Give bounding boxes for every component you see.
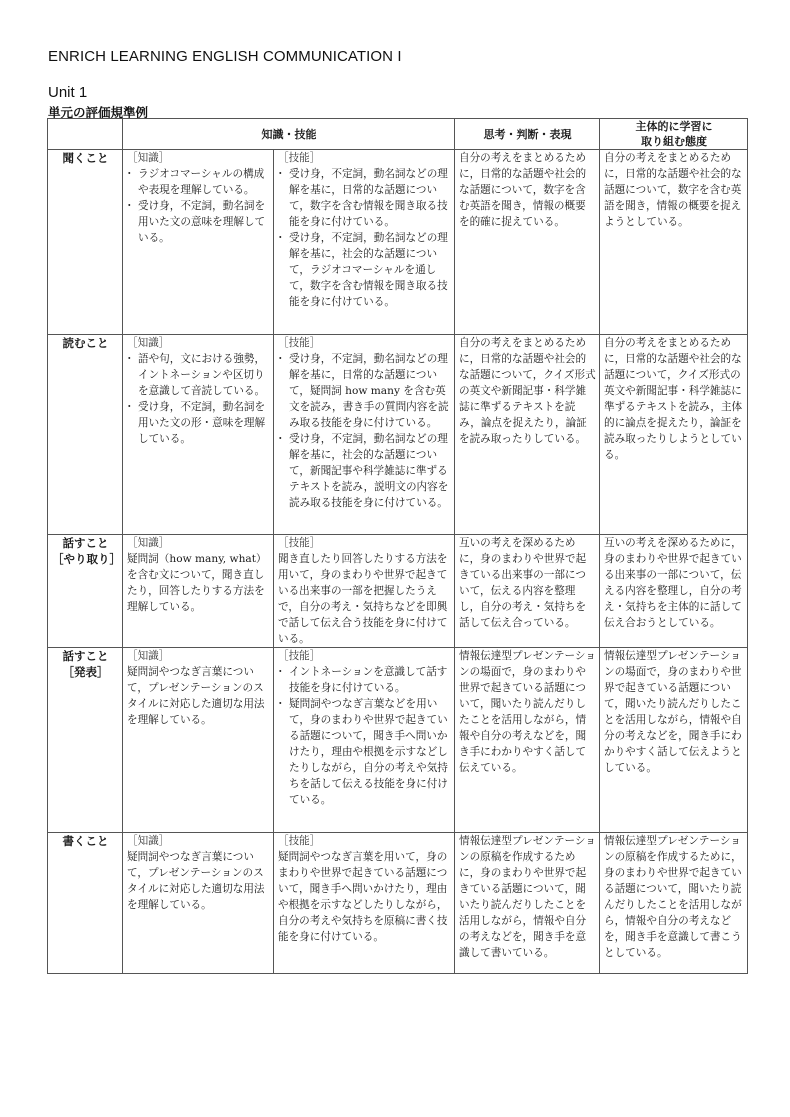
bullet-item: 受け身，不定詞，動名詞などの理解を基に，日常的な話題について，疑問詞 how m… (278, 351, 451, 431)
knowledge-category-label: ［知識］ (127, 648, 270, 664)
skills-bullet-list: 受け身，不定詞，動名詞などの理解を基に，日常的な話題について，疑問詞 how m… (278, 351, 451, 511)
thinking-cell: 自分の考えをまとめるために，日常的な話題や社会的な話題について，数字を含む英語を… (455, 150, 600, 335)
attitude-cell: 自分の考えをまとめるために，日常的な話題や社会的な話題について，数字を含む英語を… (600, 150, 748, 335)
row-label-line2: ［やり取り］ (52, 551, 119, 567)
table-header-row: 知識・技能 思考・判断・表現 主体的に学習に 取り組む態度 (48, 119, 748, 150)
knowledge-text: 疑問詞やつなぎ言葉について，プレゼンテーションのスタイルに対応した適切な用法を理… (127, 664, 270, 728)
knowledge-cell: ［知識］ 疑問詞やつなぎ言葉について，プレゼンテーションのスタイルに対応した適切… (123, 833, 274, 974)
row-label-line1: 話すこと (52, 535, 119, 551)
row-label-line2: ［発表］ (52, 664, 119, 680)
thinking-cell: 自分の考えをまとめるために，日常的な話題や社会的な話題について，クイズ形式の英文… (455, 335, 600, 535)
knowledge-cell: ［知識］ ラジオコマーシャルの構成や表現を理解している。受け身，不定詞，動名詞を… (123, 150, 274, 335)
skills-category-label: ［技能］ (278, 150, 451, 166)
knowledge-cell: ［知識］ 語や句，文における強勢，イントネーションや区切りを意識して音読している… (123, 335, 274, 535)
header-attitude: 主体的に学習に 取り組む態度 (600, 119, 748, 150)
header-thinking: 思考・判断・表現 (455, 119, 600, 150)
skills-category-label: ［技能］ (278, 535, 451, 551)
header-knowledge-skills: 知識・技能 (123, 119, 455, 150)
bullet-item: 受け身，不定詞，動名詞を用いた文の意味を理解している。 (127, 198, 270, 246)
skills-category-label: ［技能］ (278, 833, 451, 849)
skills-cell: ［技能］ イントネーションを意識して話す技能を身に付けている。疑問詞やつなぎ言葉… (274, 648, 455, 833)
bullet-item: 語や句，文における強勢，イントネーションや区切りを意識して音読している。 (127, 351, 270, 399)
row-label: 読むこと (48, 335, 123, 535)
table-row: 話すこと ［やり取り］ ［知識］ 疑問詞（how many, what）を含む文… (48, 535, 748, 648)
row-label-line1: 聞くこと (52, 150, 119, 166)
attitude-cell: 情報伝達型プレゼンテーションの原稿を作成するために，身のまわりや世界で起きている… (600, 833, 748, 974)
bullet-item: 受け身，不定詞，動名詞などの理解を基に，日常的な話題について，数字を含む情報を聞… (278, 166, 451, 230)
bullet-item: 受け身，不定詞，動名詞を用いた文の形・意味を理解している。 (127, 399, 270, 447)
bullet-item: イントネーションを意識して話す技能を身に付けている。 (278, 664, 451, 696)
row-label: 書くこと (48, 833, 123, 974)
header-attitude-line1: 主体的に学習に (604, 119, 744, 134)
attitude-cell: 互いの考えを深めるために，身のまわりや世界で起きている出来事の一部について，伝え… (600, 535, 748, 648)
bullet-item: 受け身，不定詞，動名詞などの理解を基に，社会的な話題について，ラジオコマーシャル… (278, 230, 451, 310)
knowledge-text: 疑問詞（how many, what）を含む文について，聞き直したり，回答したり… (127, 551, 270, 615)
document-title: ENRICH LEARNING ENGLISH COMMUNICATION I (48, 48, 402, 65)
skills-bullet-list: イントネーションを意識して話す技能を身に付けている。疑問詞やつなぎ言葉などを用い… (278, 664, 451, 808)
skills-cell: ［技能］ 疑問詞やつなぎ言葉を用いて，身のまわりや世界で起きている話題について，… (274, 833, 455, 974)
thinking-cell: 互いの考えを深めるために，身のまわりや世界で起きている出来事の一部について，伝え… (455, 535, 600, 648)
knowledge-cell: ［知識］ 疑問詞やつなぎ言葉について，プレゼンテーションのスタイルに対応した適切… (123, 648, 274, 833)
knowledge-text: 疑問詞やつなぎ言葉について，プレゼンテーションのスタイルに対応した適切な用法を理… (127, 849, 270, 913)
skills-text: 聞き直したり回答したりする方法を用いて，身のまわりや世界で起きている出来事の一部… (278, 551, 451, 647)
skills-cell: ［技能］ 受け身，不定詞，動名詞などの理解を基に，日常的な話題について，疑問詞 … (274, 335, 455, 535)
skills-category-label: ［技能］ (278, 648, 451, 664)
bullet-item: 受け身，不定詞，動名詞などの理解を基に，社会的な話題について，新聞記事や科学雑誌… (278, 431, 451, 511)
table-row: 読むこと ［知識］ 語や句，文における強勢，イントネーションや区切りを意識して音… (48, 335, 748, 535)
row-label: 話すこと ［発表］ (48, 648, 123, 833)
skills-bullet-list: 受け身，不定詞，動名詞などの理解を基に，日常的な話題について，数字を含む情報を聞… (278, 166, 451, 310)
header-label-cell (48, 119, 123, 150)
bullet-item: ラジオコマーシャルの構成や表現を理解している。 (127, 166, 270, 198)
skills-cell: ［技能］ 受け身，不定詞，動名詞などの理解を基に，日常的な話題について，数字を含… (274, 150, 455, 335)
attitude-cell: 自分の考えをまとめるために，日常的な話題や社会的な話題について，クイズ形式の英文… (600, 335, 748, 535)
evaluation-criteria-table: 知識・技能 思考・判断・表現 主体的に学習に 取り組む態度 聞くこと ［知識］ … (47, 118, 748, 974)
table-row: 聞くこと ［知識］ ラジオコマーシャルの構成や表現を理解している。受け身，不定詞… (48, 150, 748, 335)
table-row: 話すこと ［発表］ ［知識］ 疑問詞やつなぎ言葉について，プレゼンテーションのス… (48, 648, 748, 833)
header-attitude-line2: 取り組む態度 (604, 134, 744, 149)
unit-title: Unit 1 (48, 84, 87, 101)
bullet-item: 疑問詞やつなぎ言葉などを用いて，身のまわりや世界で起きている話題について，聞き手… (278, 696, 451, 808)
row-label-line1: 読むこと (52, 335, 119, 351)
thinking-cell: 情報伝達型プレゼンテーションの原稿を作成するために，身のまわりや世界で起きている… (455, 833, 600, 974)
row-label: 話すこと ［やり取り］ (48, 535, 123, 648)
knowledge-bullet-list: 語や句，文における強勢，イントネーションや区切りを意識して音読している。受け身，… (127, 351, 270, 447)
thinking-cell: 情報伝達型プレゼンテーションの場面で，身のまわりや世界で起きている話題について，… (455, 648, 600, 833)
skills-cell: ［技能］ 聞き直したり回答したりする方法を用いて，身のまわりや世界で起きている出… (274, 535, 455, 648)
row-label-line1: 話すこと (52, 648, 119, 664)
knowledge-bullet-list: ラジオコマーシャルの構成や表現を理解している。受け身，不定詞，動名詞を用いた文の… (127, 166, 270, 246)
knowledge-category-label: ［知識］ (127, 335, 270, 351)
skills-text: 疑問詞やつなぎ言葉を用いて，身のまわりや世界で起きている話題について，聞き手へ問… (278, 849, 451, 945)
knowledge-cell: ［知識］ 疑問詞（how many, what）を含む文について，聞き直したり，… (123, 535, 274, 648)
knowledge-category-label: ［知識］ (127, 150, 270, 166)
row-label: 聞くこと (48, 150, 123, 335)
row-label-line1: 書くこと (52, 833, 119, 849)
skills-category-label: ［技能］ (278, 335, 451, 351)
knowledge-category-label: ［知識］ (127, 535, 270, 551)
table-row: 書くこと ［知識］ 疑問詞やつなぎ言葉について，プレゼンテーションのスタイルに対… (48, 833, 748, 974)
knowledge-category-label: ［知識］ (127, 833, 270, 849)
attitude-cell: 情報伝達型プレゼンテーションの場面で，身のまわりや世界で起きている話題について，… (600, 648, 748, 833)
